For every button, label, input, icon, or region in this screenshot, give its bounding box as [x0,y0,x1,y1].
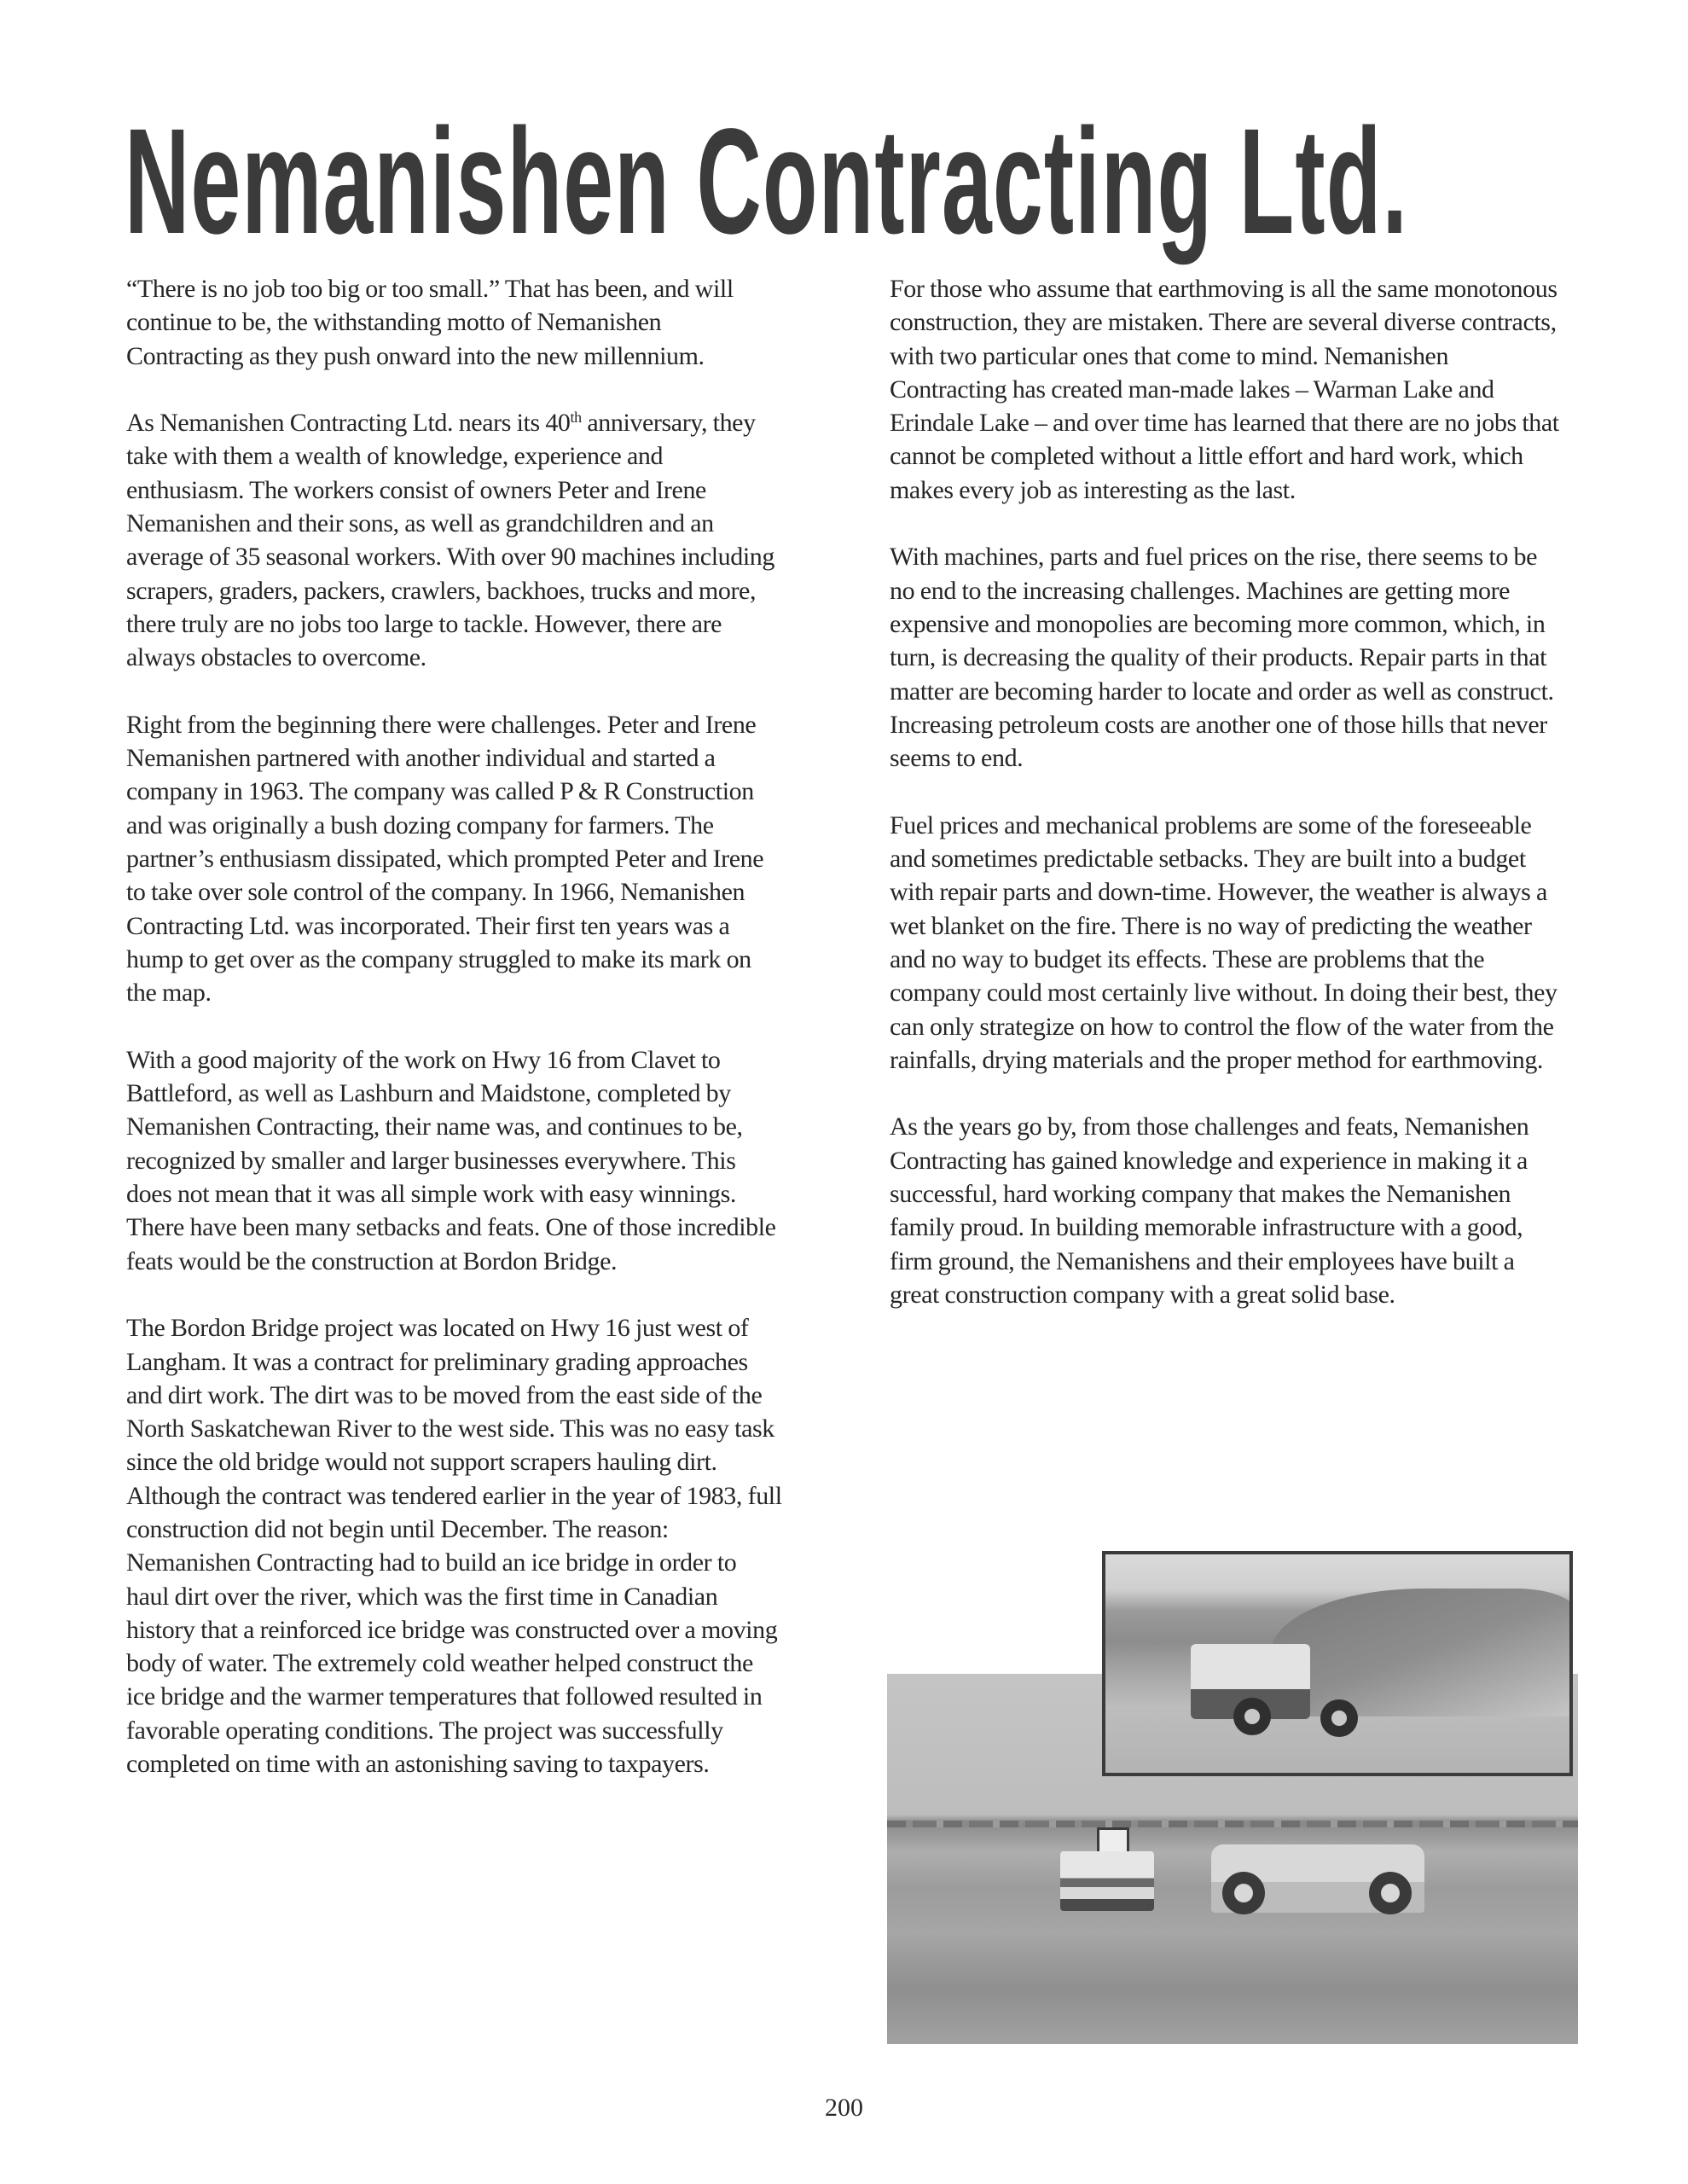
photo-treeline [887,1821,1578,1827]
paragraph-bordon-bridge: The Bordon Bridge project was located on… [126,1311,783,1780]
paragraph-anniversary-end: anniversary, they take with them a wealt… [126,409,774,671]
photo-scraper-wheel [1222,1872,1265,1914]
paragraph-beginning: Right from the beginning there were chal… [126,708,783,1010]
paragraph-earthmoving: For those who assume that earthmoving is… [890,272,1563,507]
ordinal-suffix: th [571,409,582,426]
page-title: Nemanishen Contracting Ltd. [125,118,995,246]
photo-scraper-wheel [1233,1698,1271,1735]
left-column: “There is no job too big or too small.” … [126,272,783,1815]
paragraph-hwy16: With a good majority of the work on Hwy … [126,1043,783,1278]
paragraph-conclusion: As the years go by, from those challenge… [890,1110,1563,1311]
paragraph-anniversary-start: As Nemanishen Contracting Ltd. nears its… [126,409,571,437]
paragraph-weather: Fuel prices and mechanical problems are … [890,809,1563,1077]
paragraph-motto: “There is no job too big or too small.” … [126,272,783,373]
right-column: For those who assume that earthmoving is… [890,272,1563,1345]
photo-scraper-wheel [1369,1872,1412,1914]
page-number: 200 [0,2091,1688,2125]
paragraph-prices: With machines, parts and fuel prices on … [890,540,1563,775]
photo-embankment [1271,1589,1573,1716]
photo-scraper-embankment [1102,1551,1573,1776]
paragraph-anniversary: As Nemanishen Contracting Ltd. nears its… [126,406,783,674]
photo-scraper-wheel [1320,1699,1358,1737]
photo-dozer [1060,1851,1154,1911]
